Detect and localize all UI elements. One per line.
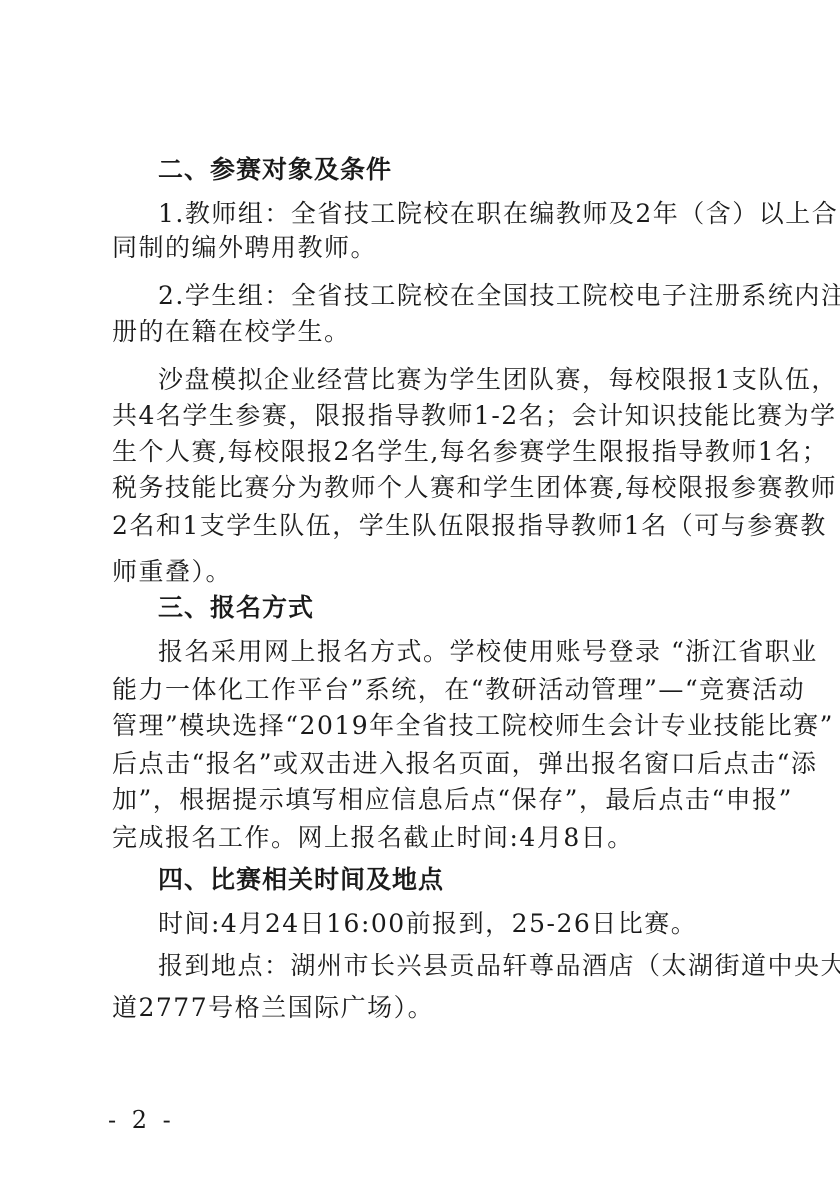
paragraph-line: 2.学生组：全省技工院校在全国技工院校电子注册系统内注 xyxy=(158,281,778,311)
paragraph-line: 完成报名工作。网上报名截止时间:4月8日。 xyxy=(112,823,732,853)
section-heading-3: 三、报名方式 xyxy=(158,593,778,623)
paragraph-line: 时间:4月24日16:00前报到，25-26日比赛。 xyxy=(158,909,778,939)
section-heading-4: 四、比赛相关时间及地点 xyxy=(158,865,778,895)
paragraph-line: 2名和1支学生队伍，学生队伍限报指导教师1名（可与参赛教 xyxy=(112,511,732,541)
paragraph-line: 生个人赛,每校限报2名学生,每名参赛学生限报指导教师1名； xyxy=(112,437,732,467)
paragraph-line: 税务技能比赛分为教师个人赛和学生团体赛,每校限报参赛教师 xyxy=(112,473,732,503)
paragraph-line: 道2777号格兰国际广场）。 xyxy=(112,993,732,1023)
paragraph-line: 后点击“报名”或双击进入报名页面，弹出报名窗口后点击“添 xyxy=(112,749,732,779)
paragraph-line: 同制的编外聘用教师。 xyxy=(112,233,732,263)
paragraph-line: 报名采用网上报名方式。学校使用账号登录 “浙江省职业 xyxy=(158,637,778,667)
document-page: 二、参赛对象及条件 1.教师组：全省技工院校在职在编教师及2年（含）以上合 同制… xyxy=(0,0,840,1188)
paragraph-line: 加”，根据提示填写相应信息后点“保存”，最后点击“申报” xyxy=(112,785,732,815)
paragraph-line: 师重叠）。 xyxy=(112,557,732,587)
paragraph-line: 册的在籍在校学生。 xyxy=(112,317,732,347)
page-number: - 2 - xyxy=(108,1106,175,1134)
paragraph-line: 能力一体化工作平台”系统，在“教研活动管理”—“竞赛活动 xyxy=(112,675,732,705)
paragraph-line: 沙盘模拟企业经营比赛为学生团队赛，每校限报1支队伍， xyxy=(158,365,778,395)
paragraph-line: 报到地点：湖州市长兴县贡品轩尊品酒店（太湖街道中央大 xyxy=(158,951,778,981)
paragraph-line: 1.教师组：全省技工院校在职在编教师及2年（含）以上合 xyxy=(158,199,778,229)
section-heading-2: 二、参赛对象及条件 xyxy=(158,155,778,185)
paragraph-line: 管理”模块选择“2019年全省技工院校师生会计专业技能比赛” xyxy=(112,711,732,741)
paragraph-line: 共4名学生参赛，限报指导教师1-2名；会计知识技能比赛为学 xyxy=(112,401,732,431)
